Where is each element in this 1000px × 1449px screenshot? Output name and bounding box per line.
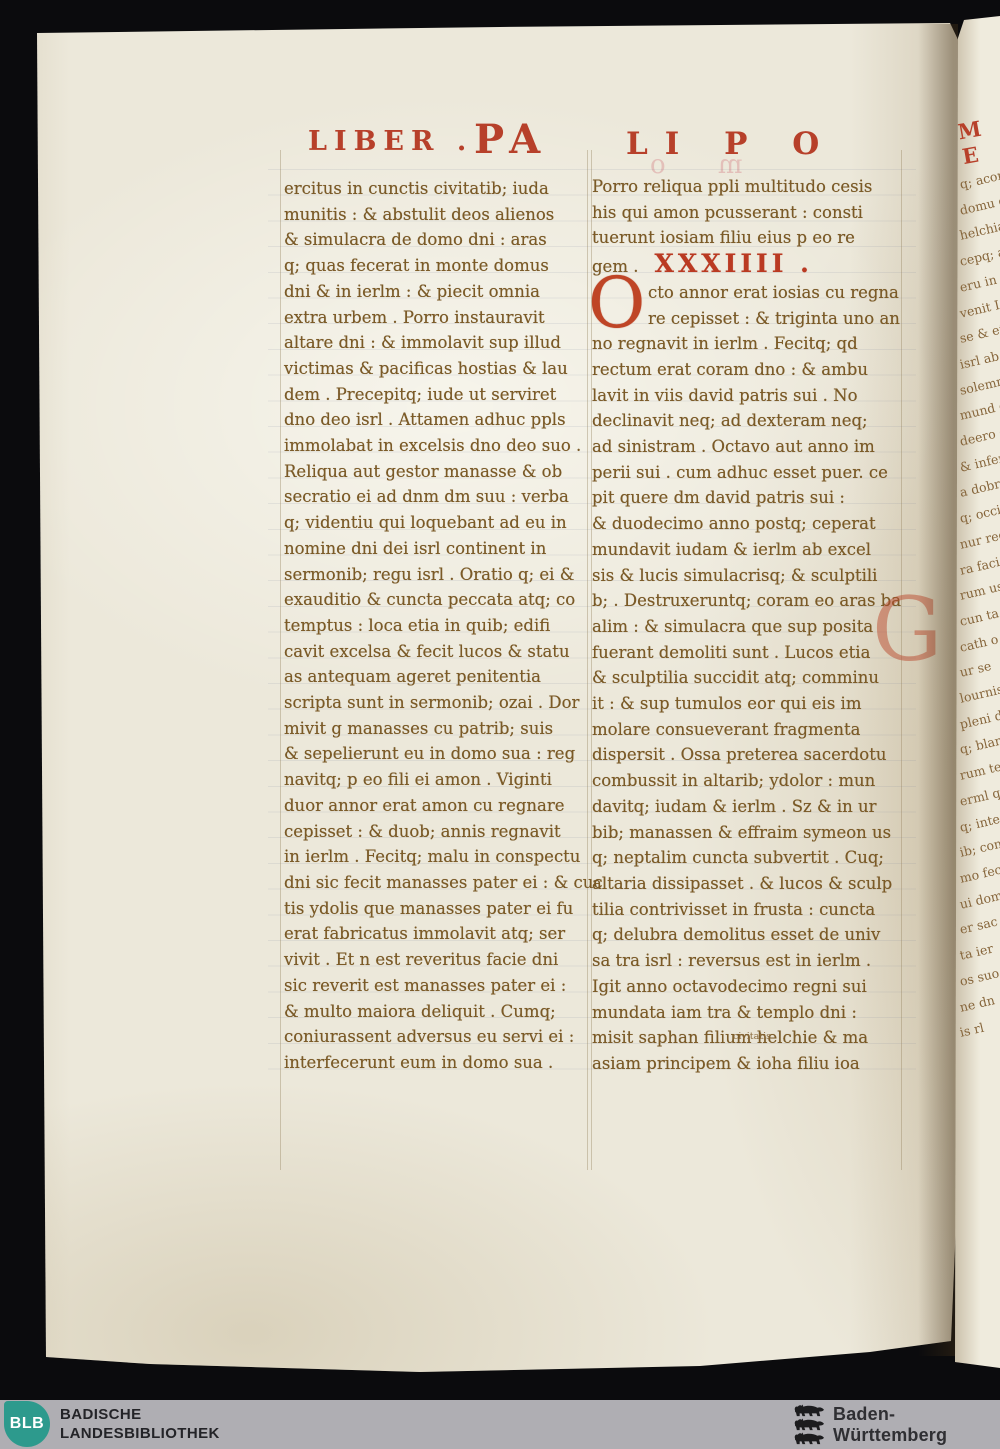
coat-of-arms-lions-icon (793, 1404, 825, 1446)
manuscript-line: declinavit neq; ad dexteram neq; (592, 408, 908, 434)
manuscript-line: extra urbem . Porro instauravit (284, 305, 586, 331)
manuscript-line: dno deo isrl . Attamen adhuc ppls (284, 407, 586, 433)
manuscript-line: coniurassent adversus eu servi ei : (284, 1024, 586, 1050)
state-label: Baden-Württemberg (833, 1400, 1000, 1449)
manuscript-line: sic reverit est manasses pater ei : (284, 973, 586, 999)
manuscript-line: Porro reliqua ppli multitudo cesis (592, 174, 908, 200)
manuscript-line: & sepelierunt eu in domo sua : reg (284, 741, 586, 767)
manuscript-line: lavit in viis david patris sui . No (592, 383, 908, 409)
manuscript-line: altaria dissipasset . & lucos & sculp (592, 871, 908, 897)
manuscript-line: dni sic fecit manasses pater ei : & cuc (284, 870, 586, 896)
running-title-left: LIBER . (308, 126, 473, 157)
manuscript-line: Igit anno octavodecimo regni sui (592, 974, 908, 1000)
running-title-left-large: PA (474, 116, 548, 163)
manuscript-line: & duodecimo anno postq; ceperat (592, 511, 908, 537)
manuscript-line: ad sinistram . Octavo aut anno im (592, 434, 908, 460)
scan-background: LIBER . PA LI P O m o ercitus in cunctis… (0, 0, 1000, 1449)
manuscript-line: & simulacra de domo dni : aras (284, 227, 586, 253)
manuscript-line: altare dni : & immolavit sup illud (284, 330, 586, 356)
manuscript-line: asiam principem & ioha filiu ioa (592, 1051, 908, 1077)
manuscript-line: victimas & pacificas hostias & lau (284, 356, 586, 382)
manuscript-line: navitq; p eo fili ei amon . Viginti (284, 767, 586, 793)
manuscript-line: pit quere dm david patris sui : (592, 485, 908, 511)
text-column-left: ercitus in cunctis civitatib; iudamuniti… (284, 176, 586, 1076)
manuscript-line: scripta sunt in sermonib; ozai . Dor (284, 690, 586, 716)
manuscript-line: q; neptalim cuncta subvertit . Cuq; (592, 845, 908, 871)
manuscript-line: dem . Precepitq; iude ut serviret (284, 382, 586, 408)
footer-bar: BLB BADISCHE LANDESBIBLIOTHEK Baden-Würt… (0, 1400, 1000, 1449)
manuscript-line: rectum erat coram dno : & ambu (592, 357, 908, 383)
manuscript-line: sa tra isrl : reversus est in ierlm . (592, 948, 908, 974)
manuscript-line: q; quas fecerat in monte domus (284, 253, 586, 279)
manuscript-line: re cepisset : & triginta uno an (648, 306, 908, 332)
manuscript-line: sis & lucis simulacrisq; & sculptili (592, 563, 908, 589)
blb-logo: BLB (4, 1401, 50, 1447)
facing-page-edge: M E q; acomdomu deihelchiamcepq; aleru i… (955, 16, 1000, 1368)
manuscript-line: mundavit iudam & ierlm ab excel (592, 537, 908, 563)
manuscript-line: b; . Destruxeruntq; coram eo aras ba (592, 588, 908, 614)
manuscript-line: mundata iam tra & templo dni : (592, 1000, 908, 1026)
manuscript-line: exauditio & cuncta peccata atq; co (284, 587, 586, 613)
manuscript-line: mivit g manasses cu patrib; suis (284, 716, 586, 742)
manuscript-line: erat fabricatus immolavit atq; ser (284, 921, 586, 947)
illuminated-initial: O (588, 272, 645, 334)
manuscript-line: cavit excelsa & fecit lucos & statu (284, 639, 586, 665)
manuscript-line: tilia contrivisset in frusta : cuncta (592, 897, 908, 923)
interlinear-gloss: civitatis (733, 1031, 771, 1042)
illuminated-initial-block: O cto annor erat iosias cu regnare cepis… (592, 280, 908, 331)
manuscript-line: davitq; iudam & ierlm . Sz & in ur (592, 794, 908, 820)
manuscript-line: ercitus in cunctis civitatib; iuda (284, 176, 586, 202)
manuscript-line: in ierlm . Fecitq; malu in conspectu (284, 844, 586, 870)
column-rule (280, 150, 281, 1170)
margin-offset-mark: G (872, 586, 942, 674)
manuscript-line: q; videntiu qui loquebant ad eu in (284, 510, 586, 536)
chapter-number: XXXIIII . (654, 251, 812, 277)
facing-running-title-fragment: M E (956, 113, 1000, 169)
manuscript-line: tis ydolis que manasses pater ei fu (284, 896, 586, 922)
manuscript-line: combussit in altarib; ydolor : mun (592, 768, 908, 794)
manuscript-line: perii sui . cum adhuc esset puer. ce (592, 460, 908, 486)
library-name: BADISCHE LANDESBIBLIOTHEK (60, 1405, 220, 1443)
manuscript-line: his qui amon pcusserant : consti (592, 200, 908, 226)
library-name-line1: BADISCHE (60, 1405, 220, 1424)
manuscript-line: secratio ei ad dnm dm suu : verba (284, 484, 586, 510)
manuscript-line: dispersit . Ossa preterea sacerdotu (592, 742, 908, 768)
manuscript-line: cepisset : & duob; annis regnavit (284, 819, 586, 845)
manuscript-line: tuerunt iosiam filiu eius p eo re (592, 225, 908, 251)
manuscript-line: vivit . Et n est reveritus facie dni (284, 947, 586, 973)
manuscript-line: alim : & simulacra que sup posita (592, 614, 908, 640)
manuscript-line: q; delubra demolitus esset de univ (592, 922, 908, 948)
manuscript-line: & sculptilia succidit atq; comminu (592, 665, 908, 691)
manuscript-page: LIBER . PA LI P O m o ercitus in cunctis… (0, 0, 1000, 1449)
facing-text-fragments: q; acomdomu deihelchiamcepq; aleru in do… (960, 172, 1000, 1046)
manuscript-line: & multo maiora deliquit . Cumq; (284, 999, 586, 1025)
manuscript-line: munitis : & abstulit deos alienos (284, 202, 586, 228)
manuscript-line: cto annor erat iosias cu regna (648, 280, 908, 306)
manuscript-line: as antequam ageret penitentia (284, 664, 586, 690)
manuscript-line: sermonib; regu isrl . Oratio q; ei & (284, 562, 586, 588)
manuscript-line: fuerant demoliti sunt . Lucos etia (592, 640, 908, 666)
manuscript-line: temptus : loca etia in quib; edifi (284, 613, 586, 639)
manuscript-line: Reliqua aut gestor manasse & ob (284, 459, 586, 485)
manuscript-line: immolabat in excelsis dno deo suo . (284, 433, 586, 459)
text-column-right: Porro reliqua ppli multitudo cesishis qu… (592, 174, 908, 1077)
manuscript-line: bib; manassen & effraim symeon us (592, 820, 908, 846)
manuscript-line: molare consueverant fragmenta (592, 717, 908, 743)
manuscript-line: duor annor erat amon cu regnare (284, 793, 586, 819)
manuscript-line: nomine dni dei isrl continent in (284, 536, 586, 562)
manuscript-line: it : & sup tumulos eor qui eis im (592, 691, 908, 717)
manuscript-line: dni & in ierlm : & piecit omnia (284, 279, 586, 305)
library-name-line2: LANDESBIBLIOTHEK (60, 1424, 220, 1443)
manuscript-line: interfecerunt eum in domo sua . (284, 1050, 586, 1076)
